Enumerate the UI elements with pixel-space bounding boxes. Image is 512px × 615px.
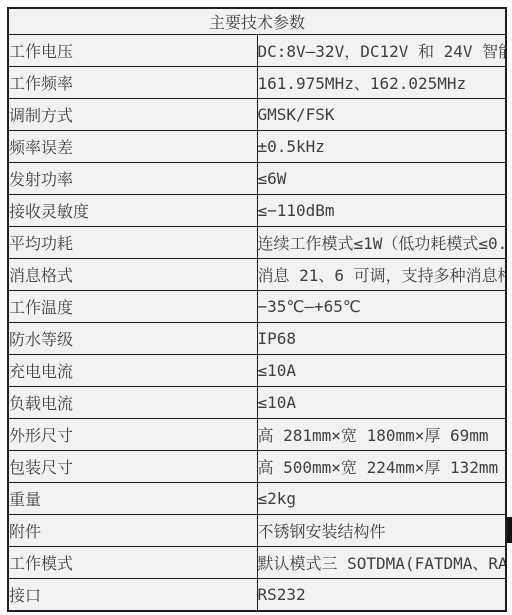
table-row: 防水等级 IP68 (8, 323, 506, 355)
param-label: 频率误差 (8, 131, 257, 163)
technical-parameters-table: 主要技术参数 工作电压 DC:8V—32V，DC12V 和 24V 智能兼容 工… (7, 7, 507, 612)
table-row: 频率误差 ±0.5kHz (8, 131, 506, 163)
param-label: 工作模式 (8, 547, 257, 579)
table-row: 平均功耗 连续工作模式≤1W（低功耗模式≤0.7W） (8, 227, 506, 259)
param-value: ≤10A (257, 387, 506, 419)
param-label: 负载电流 (8, 387, 257, 419)
param-label: 调制方式 (8, 99, 257, 131)
param-value: ≤6W (257, 163, 506, 195)
table-row: 调制方式 GMSK/FSK (8, 99, 506, 131)
param-value: GMSK/FSK (257, 99, 506, 131)
param-label: 接口 (8, 579, 257, 612)
param-label: 包装尺寸 (8, 451, 257, 483)
param-value: ≤2kg (257, 483, 506, 515)
param-label: 工作温度 (8, 291, 257, 323)
param-label: 工作电压 (8, 35, 257, 67)
param-label: 重量 (8, 483, 257, 515)
param-value: 高 500mm×宽 224mm×厚 132mm (257, 451, 506, 483)
param-value: DC:8V—32V，DC12V 和 24V 智能兼容 (257, 35, 506, 67)
table-row: 工作模式 默认模式三 SOTDMA(FATDMA、RATDMA、SOTDMA 可… (8, 547, 506, 579)
table-row: 接口 RS232 (8, 579, 506, 612)
param-value: 消息 21、6 可调，支持多种消息格式 (257, 259, 506, 291)
table-row: 发射功率 ≤6W (8, 163, 506, 195)
table-row: 外形尺寸 高 281mm×宽 180mm×厚 69mm (8, 419, 506, 451)
param-label: 工作频率 (8, 67, 257, 99)
param-value: −35℃—+65℃ (257, 291, 506, 323)
param-value: 161.975MHz、162.025MHz (257, 67, 506, 99)
right-edge-artifact (507, 517, 512, 543)
param-value: IP68 (257, 323, 506, 355)
table-row: 接收灵敏度 ≤−110dBm (8, 195, 506, 227)
param-label: 外形尺寸 (8, 419, 257, 451)
param-label: 发射功率 (8, 163, 257, 195)
param-label: 附件 (8, 515, 257, 547)
param-value: RS232 (257, 579, 506, 612)
param-value: 高 281mm×宽 180mm×厚 69mm (257, 419, 506, 451)
param-value: 不锈钢安装结构件 (257, 515, 506, 547)
param-label: 充电电流 (8, 355, 257, 387)
param-label: 消息格式 (8, 259, 257, 291)
table-row: 重量 ≤2kg (8, 483, 506, 515)
table-title: 主要技术参数 (8, 8, 506, 35)
param-value: ≤−110dBm (257, 195, 506, 227)
param-label: 防水等级 (8, 323, 257, 355)
table-row: 工作电压 DC:8V—32V，DC12V 和 24V 智能兼容 (8, 35, 506, 67)
table-row: 附件 不锈钢安装结构件 (8, 515, 506, 547)
table-row: 工作温度 −35℃—+65℃ (8, 291, 506, 323)
table-row: 充电电流 ≤10A (8, 355, 506, 387)
table-title-row: 主要技术参数 (8, 8, 506, 35)
param-value: ≤10A (257, 355, 506, 387)
table-row: 负载电流 ≤10A (8, 387, 506, 419)
param-value: ±0.5kHz (257, 131, 506, 163)
param-value: 默认模式三 SOTDMA(FATDMA、RATDMA、SOTDMA 可调) (257, 547, 506, 579)
param-label: 平均功耗 (8, 227, 257, 259)
table-row: 工作频率 161.975MHz、162.025MHz (8, 67, 506, 99)
param-value: 连续工作模式≤1W（低功耗模式≤0.7W） (257, 227, 506, 259)
table-row: 消息格式 消息 21、6 可调，支持多种消息格式 (8, 259, 506, 291)
table-row: 包装尺寸 高 500mm×宽 224mm×厚 132mm (8, 451, 506, 483)
param-label: 接收灵敏度 (8, 195, 257, 227)
